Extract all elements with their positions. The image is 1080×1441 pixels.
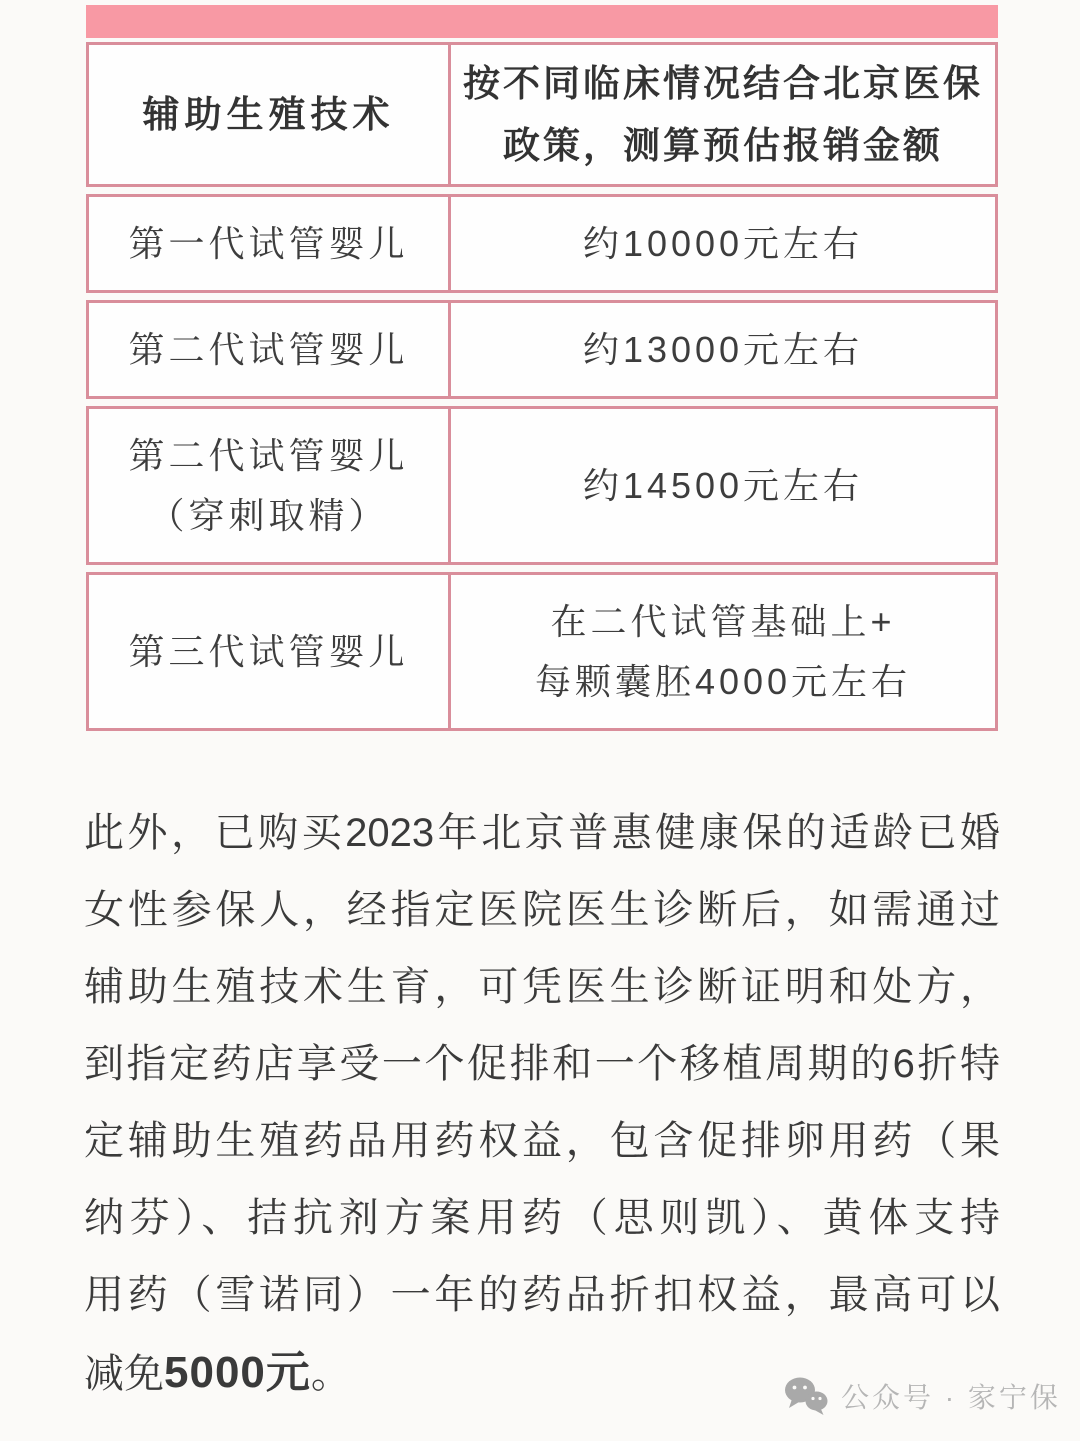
table-row: 第一代试管婴儿 约10000元左右 <box>86 194 998 293</box>
watermark: 公众号 · 家宁保 <box>783 1376 1061 1416</box>
table-row: 第二代试管婴儿 约13000元左右 <box>86 300 998 399</box>
watermark-text: 公众号 · 家宁保 <box>841 1376 1061 1416</box>
paragraph-line: 定辅助生殖药品用药权益，包含促排卵用药（果 <box>84 1103 1000 1180</box>
paragraph-line: 此外，已购买2023年北京普惠健康保的适龄已婚 <box>84 795 1000 872</box>
row-name-cell: 第二代试管婴儿 <box>89 303 451 396</box>
paragraph-text: 。 <box>311 1352 351 1396</box>
header-cell-estimate: 按不同临床情况结合北京医保 政策，测算预估报销金额 <box>451 45 995 184</box>
row-value-cell: 约13000元左右 <box>451 303 995 396</box>
row-value-cell: 在二代试管基础上+ 每颗囊胚4000元左右 <box>451 575 995 728</box>
row-value-cell: 约14500元左右 <box>451 409 995 562</box>
paragraph-line: 到指定药店享受一个促排和一个移植周期的6折特 <box>84 1026 1000 1103</box>
table-top-bar <box>86 5 998 38</box>
paragraph-line: 用药（雪诺同）一年的药品折扣权益，最高可以 <box>84 1257 1000 1334</box>
wechat-icon <box>783 1376 829 1416</box>
body-paragraph: 此外，已购买2023年北京普惠健康保的适龄已婚 女性参保人，经指定医院医生诊断后… <box>84 795 1000 1411</box>
row-name-cell: 第三代试管婴儿 <box>89 575 451 728</box>
paragraph-text: 减免 <box>84 1352 164 1396</box>
row-name-cell: 第一代试管婴儿 <box>89 197 451 290</box>
paragraph-line: 辅助生殖技术生育，可凭医生诊断证明和处方， <box>84 949 1000 1026</box>
article-page: 辅助生殖技术 按不同临床情况结合北京医保 政策，测算预估报销金额 第一代试管婴儿… <box>0 0 1080 1441</box>
row-name-cell: 第二代试管婴儿 （穿刺取精） <box>89 409 451 562</box>
reimbursement-table: 辅助生殖技术 按不同临床情况结合北京医保 政策，测算预估报销金额 第一代试管婴儿… <box>86 42 998 731</box>
table-row: 第三代试管婴儿 在二代试管基础上+ 每颗囊胚4000元左右 <box>86 572 998 731</box>
table-row: 第二代试管婴儿 （穿刺取精） 约14500元左右 <box>86 406 998 565</box>
row-value-cell: 约10000元左右 <box>451 197 995 290</box>
table-header-row: 辅助生殖技术 按不同临床情况结合北京医保 政策，测算预估报销金额 <box>86 42 998 187</box>
header-cell-technology: 辅助生殖技术 <box>89 45 451 184</box>
amount-highlight: 5000元 <box>164 1348 311 1397</box>
paragraph-line: 纳芬）、拮抗剂方案用药（思则凯）、黄体支持 <box>84 1180 1000 1257</box>
paragraph-line: 女性参保人，经指定医院医生诊断后，如需通过 <box>84 872 1000 949</box>
